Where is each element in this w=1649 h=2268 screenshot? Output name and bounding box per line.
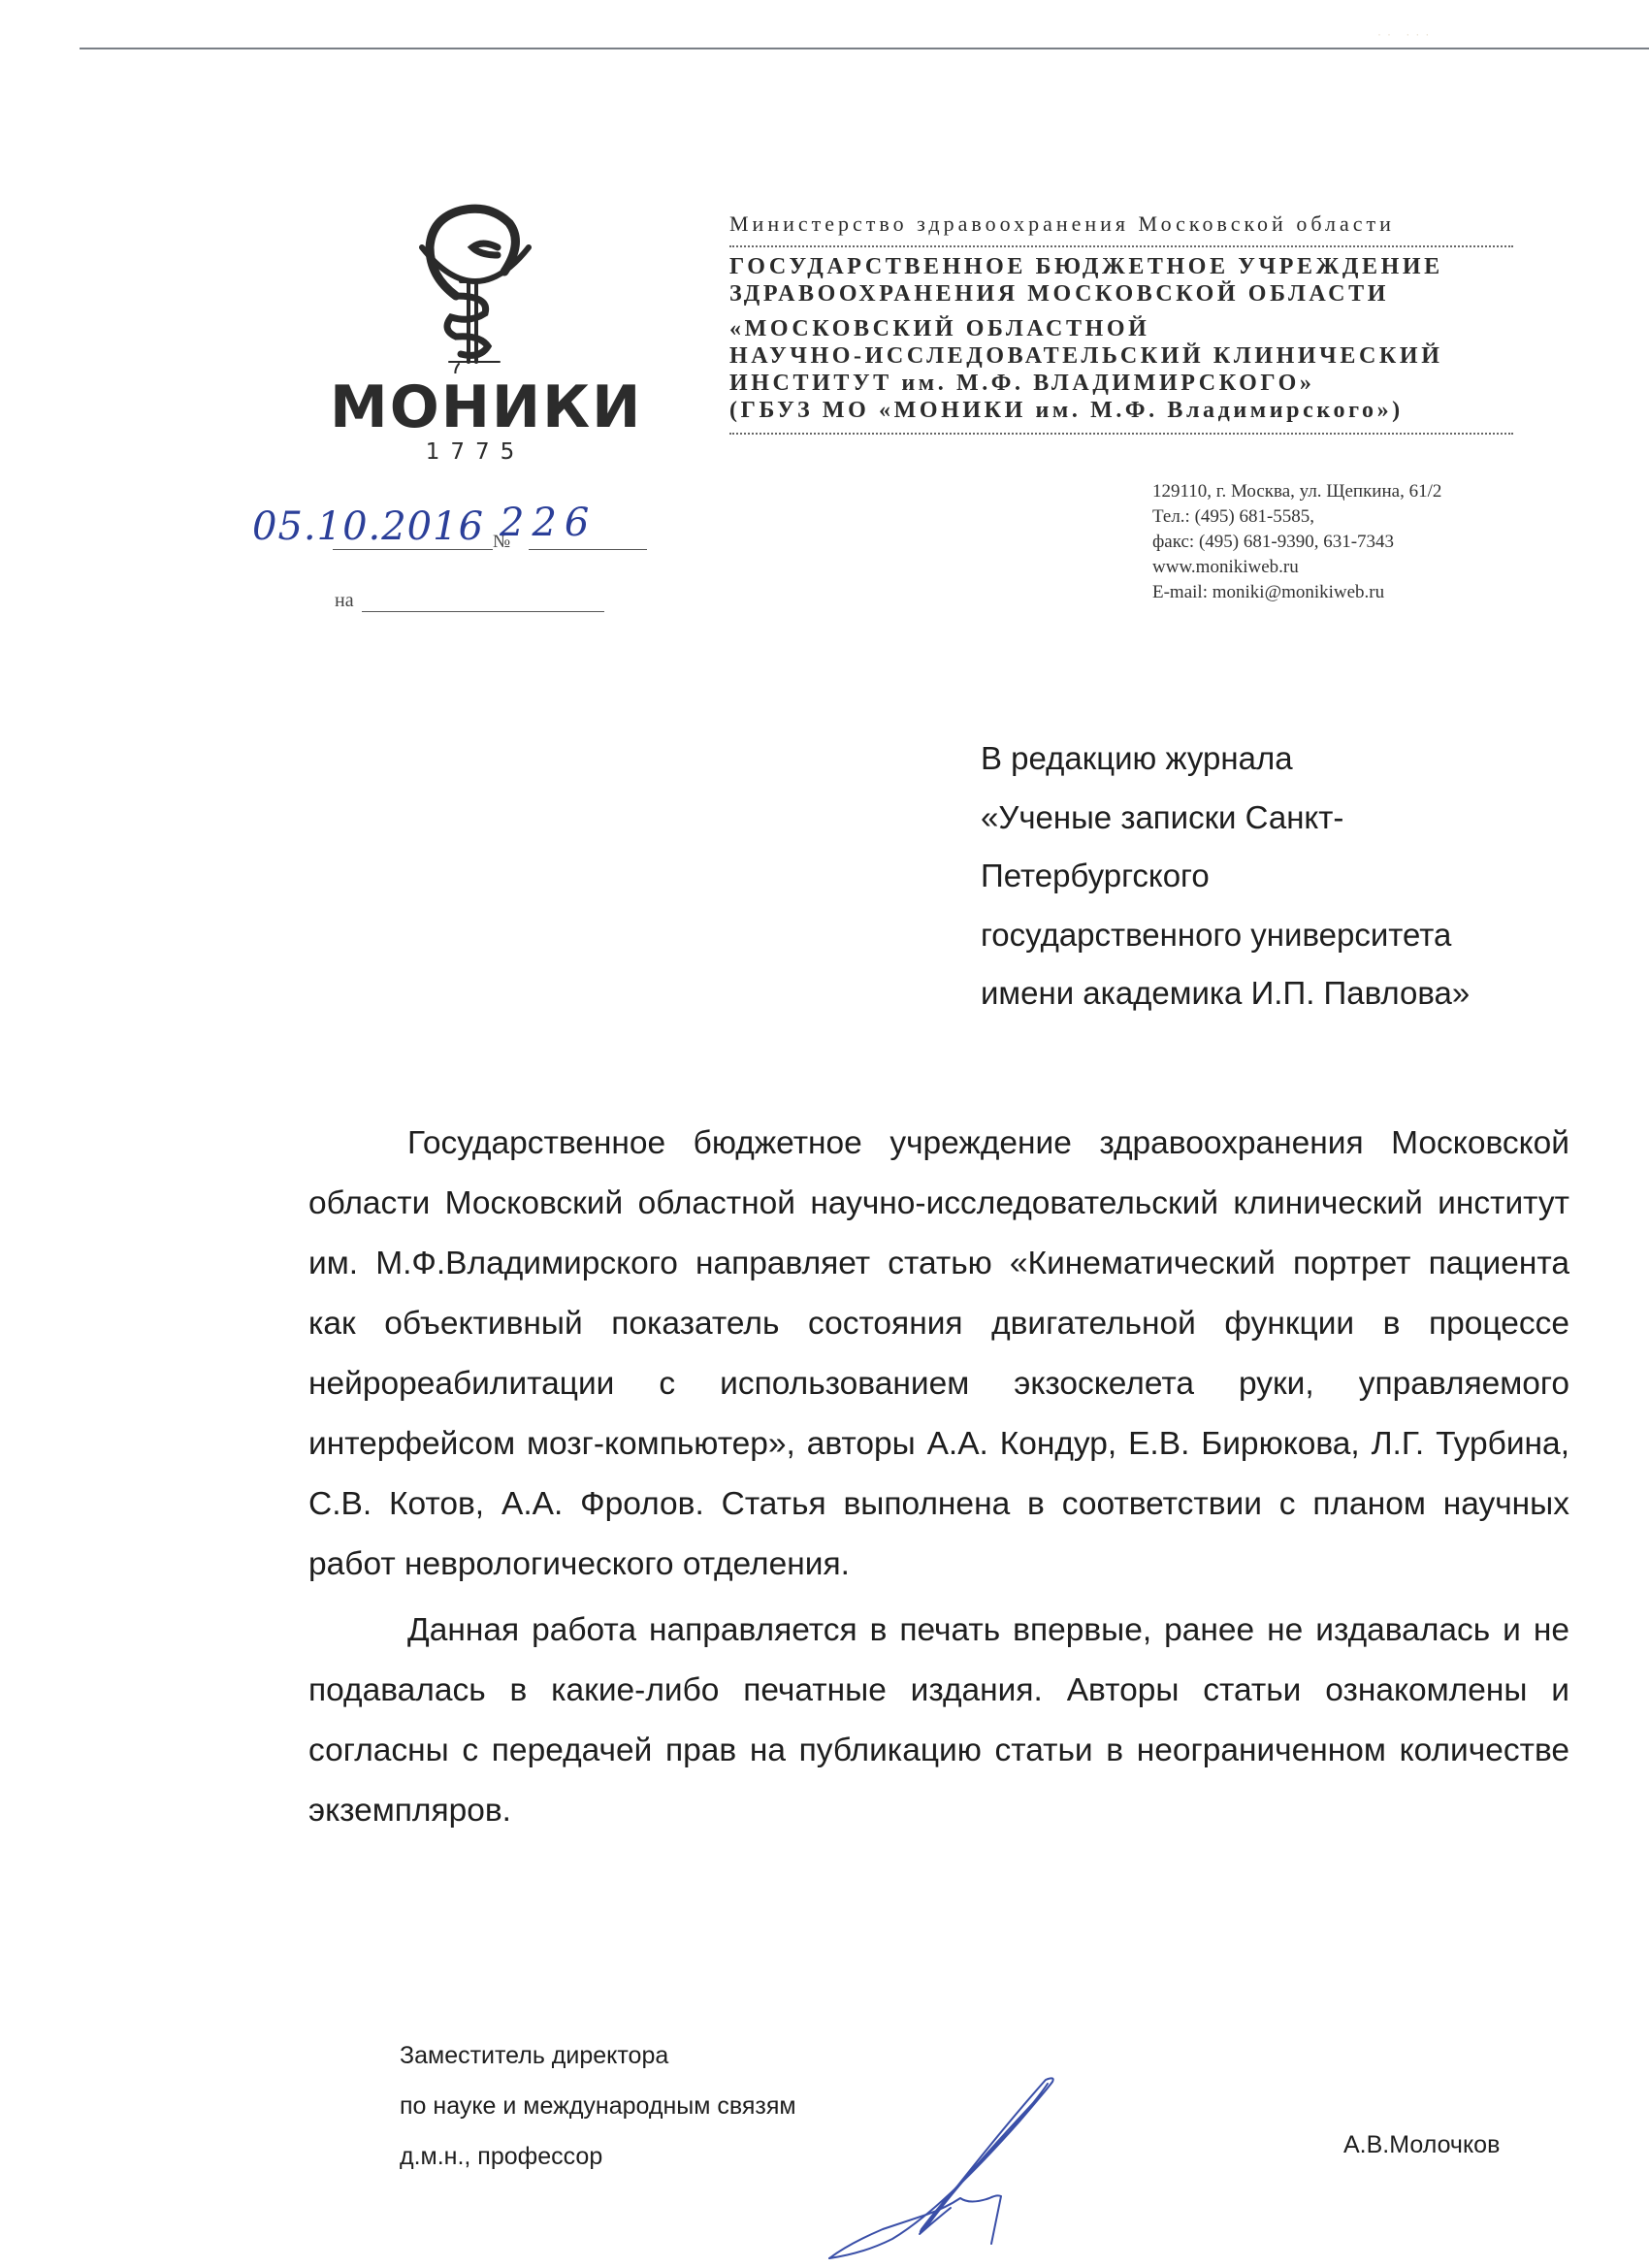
- org-line-3: «МОСКОВСКИЙ ОБЛАСТНОЙ: [729, 315, 1515, 342]
- letterhead-rule-bottom: [729, 433, 1513, 435]
- signatory-title-line: д.м.н., профессор: [400, 2131, 796, 2182]
- letterhead-rule-top: [729, 245, 1513, 247]
- logo-wordmark: МОНИКИ: [330, 373, 621, 441]
- signatory-title-line: по науке и международным связям: [400, 2081, 796, 2131]
- contact-website: www.monikiweb.ru: [1152, 555, 1441, 580]
- contact-email: E-mail: moniki@monikiweb.ru: [1152, 580, 1441, 605]
- org-line-2: ЗДРАВООХРАНЕНИЯ МОСКОВСКОЙ ОБЛАСТИ: [729, 280, 1515, 308]
- scan-smudge: ·· ···: [1377, 27, 1503, 41]
- addressee-line: имени академика И.П. Павлова»: [981, 964, 1470, 1023]
- page-top-edge: [80, 48, 1649, 49]
- handwritten-date: 05.10.2016: [252, 504, 484, 549]
- body-paragraph-2: Данная работа направляется в печать впер…: [308, 1601, 1569, 1841]
- letter-body: Государственное бюджетное учреждение здр…: [308, 1114, 1569, 1841]
- contact-block: 129110, г. Москва, ул. Щепкина, 61/2 Тел…: [1152, 479, 1441, 605]
- contact-fax: факс: (495) 681-9390, 631-7343: [1152, 530, 1441, 555]
- handwritten-number: 226: [500, 501, 597, 545]
- outgoing-reference: 05.10.2016 № 226: [335, 504, 626, 563]
- letterhead: Министерство здравоохранения Московской …: [729, 210, 1515, 435]
- handwritten-signature: [824, 2074, 1077, 2268]
- org-line-5: ИНСТИТУТ им. М.Ф. ВЛАДИМИРСКОГО»: [729, 370, 1515, 397]
- signatory-name: А.В.Молочков: [1343, 2131, 1500, 2159]
- signatory-title: Заместитель директора по науке и междуна…: [400, 2030, 796, 2182]
- contact-phone: Тел.: (495) 681-5585,: [1152, 504, 1441, 530]
- addressee-block: В редакцию журнала «Ученые записки Санкт…: [981, 729, 1470, 1023]
- number-underline: [529, 549, 647, 550]
- date-underline: [333, 549, 493, 550]
- addressee-line: В редакцию журнала: [981, 729, 1470, 789]
- org-line-1: ГОСУДАРСТВЕННОЕ БЮДЖЕТНОЕ УЧРЕЖДЕНИЕ: [729, 253, 1515, 280]
- institution-logo: МОНИКИ 1775: [320, 194, 630, 475]
- org-line-6: (ГБУЗ МО «МОНИКИ им. М.Ф. Владимирского»…: [729, 397, 1515, 424]
- signatory-title-line: Заместитель директора: [400, 2030, 796, 2081]
- reply-to-underline: [362, 611, 604, 612]
- logo-year: 1775: [330, 439, 621, 465]
- addressee-line: государственного университета: [981, 906, 1470, 965]
- bowl-of-hygieia-icon: [412, 199, 538, 373]
- contact-address: 129110, г. Москва, ул. Щепкина, 61/2: [1152, 479, 1441, 504]
- body-paragraph-1: Государственное бюджетное учреждение здр…: [308, 1114, 1569, 1595]
- addressee-line: «Ученые записки Санкт-: [981, 789, 1470, 848]
- org-line-4: НАУЧНО-ИССЛЕДОВАТЕЛЬСКИЙ КЛИНИЧЕСКИЙ: [729, 342, 1515, 370]
- ministry-name: Министерство здравоохранения Московской …: [729, 210, 1515, 239]
- addressee-line: Петербургского: [981, 847, 1470, 906]
- reply-to-label: на: [335, 590, 354, 612]
